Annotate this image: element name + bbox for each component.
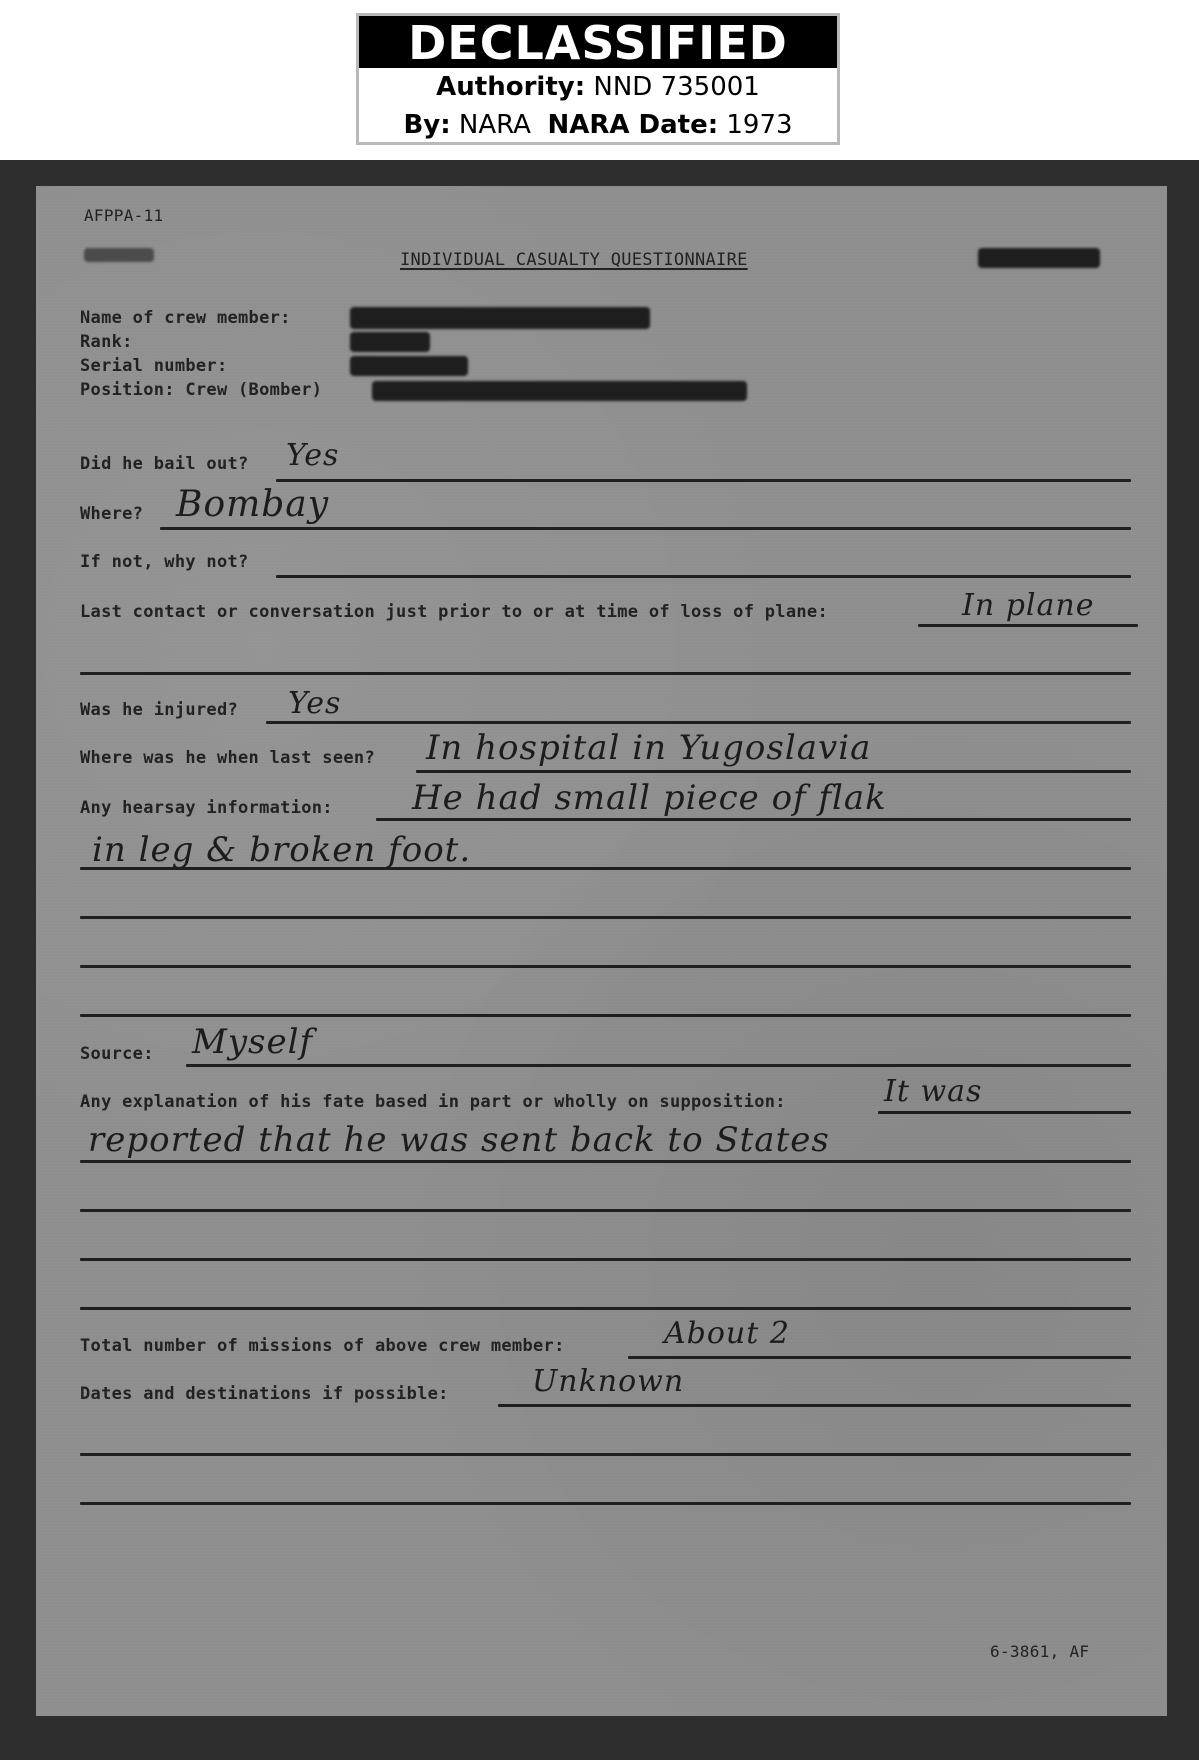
stamp-authority: Authority: NND 735001 xyxy=(359,68,837,106)
name-value-redacted xyxy=(350,307,650,329)
dates-answer: Unknown xyxy=(532,1364,684,1399)
rank-value-redacted xyxy=(350,332,430,352)
answer-line xyxy=(160,527,1131,530)
answer-line xyxy=(80,965,1131,968)
date-value: 1973 xyxy=(726,110,792,140)
explanation-answer-line-1: It was xyxy=(884,1074,982,1109)
injured-label: Was he injured? xyxy=(80,700,238,720)
answer-line xyxy=(80,1209,1131,1212)
answer-line xyxy=(918,624,1138,627)
dates-label: Dates and destinations if possible: xyxy=(80,1384,449,1404)
declassified-stamp: DECLASSIFIED Authority: NND 735001 By: N… xyxy=(356,13,840,145)
hearsay-answer-line-2: in leg & broken foot. xyxy=(92,830,471,870)
bail-label: Did he bail out? xyxy=(80,454,249,474)
rank-label: Rank: xyxy=(80,332,133,352)
answer-line xyxy=(628,1356,1131,1359)
ifnot-label: If not, why not? xyxy=(80,552,249,572)
redacted-mark xyxy=(84,248,154,262)
source-label: Source: xyxy=(80,1044,154,1064)
serial-value-redacted xyxy=(350,356,468,376)
answer-line xyxy=(186,1064,1131,1067)
answer-line xyxy=(80,1453,1131,1456)
form-title: INDIVIDUAL CASUALTY QUESTIONNAIRE xyxy=(400,250,748,270)
answer-line xyxy=(80,1502,1131,1505)
answer-line xyxy=(80,867,1131,870)
where-answer: Bombay xyxy=(176,484,329,525)
hearsay-answer-line-1: He had small piece of flak xyxy=(412,778,887,818)
form-footer-code: 6-3861, AF xyxy=(990,1642,1089,1661)
lastcontact-label: Last contact or conversation just prior … xyxy=(80,602,828,622)
answer-line xyxy=(80,672,1131,675)
where-label: Where? xyxy=(80,504,143,524)
answer-line xyxy=(80,1258,1131,1261)
form-id: AFPPA-11 xyxy=(84,206,163,225)
authority-label: Authority: xyxy=(436,72,585,102)
by-label: By: xyxy=(403,110,450,140)
paper-sheet: AFPPA-11 INDIVIDUAL CASUALTY QUESTIONNAI… xyxy=(36,186,1167,1716)
hearsay-label: Any hearsay information: xyxy=(80,798,333,818)
position-label: Position: Crew (Bomber) xyxy=(80,380,322,400)
lastseen-label: Where was he when last seen? xyxy=(80,748,375,768)
answer-line xyxy=(80,1014,1131,1017)
answer-line xyxy=(416,770,1131,773)
explanation-answer-line-2: reported that he was sent back to States xyxy=(88,1120,830,1160)
injured-answer: Yes xyxy=(288,686,341,721)
stamp-heading: DECLASSIFIED xyxy=(359,16,837,68)
lastseen-answer: In hospital in Yugoslavia xyxy=(426,728,871,768)
name-label: Name of crew member: xyxy=(80,308,291,328)
answer-line xyxy=(266,721,1131,724)
lastcontact-answer: In plane xyxy=(962,588,1094,623)
missions-label: Total number of missions of above crew m… xyxy=(80,1336,565,1356)
file-number-redacted xyxy=(978,248,1100,268)
explanation-label: Any explanation of his fate based in par… xyxy=(80,1092,786,1112)
position-value-redacted xyxy=(372,381,747,401)
authority-value: NND 735001 xyxy=(593,72,759,102)
answer-line xyxy=(376,818,1131,821)
answer-line xyxy=(276,575,1131,578)
date-label: NARA Date: xyxy=(547,110,718,140)
by-value: NARA xyxy=(459,110,531,140)
bail-answer: Yes xyxy=(286,438,339,473)
source-answer: Myself xyxy=(192,1022,313,1062)
stamp-by-date: By: NARA NARA Date: 1973 xyxy=(359,106,837,144)
missions-answer: About 2 xyxy=(664,1316,790,1351)
answer-line xyxy=(80,916,1131,919)
answer-line xyxy=(878,1111,1131,1114)
serial-label: Serial number: xyxy=(80,356,228,376)
answer-line xyxy=(80,1307,1131,1310)
answer-line xyxy=(276,479,1131,482)
answer-line xyxy=(80,1160,1131,1163)
answer-line xyxy=(498,1404,1131,1407)
scanned-page: AFPPA-11 INDIVIDUAL CASUALTY QUESTIONNAI… xyxy=(0,160,1199,1760)
